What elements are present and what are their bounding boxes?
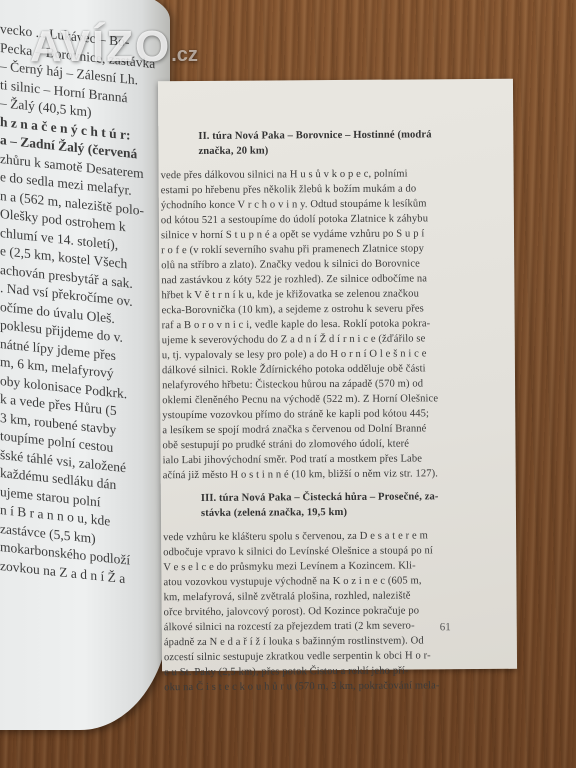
text-line: oku na Č i s t e c k o u h ů r u (570 m,… <box>164 678 509 695</box>
avizo-watermark-logo: AVÍZO.cz <box>30 22 198 72</box>
watermark-suffix: .cz <box>171 44 198 66</box>
right-page-text: II. túra Nová Paka – Borovnice – Hostinn… <box>158 127 509 695</box>
left-page-text: vecko ... Lukávec – Bo- Pecka – Borovnic… <box>0 20 170 594</box>
section-3-heading: III. túra Nová Paka – Čistecká hůra – Pr… <box>163 489 508 521</box>
heading-line: stávka (zelená značka, 19,5 km) <box>201 504 508 521</box>
left-page-curled: vecko ... Lukávec – Bo- Pecka – Borovnic… <box>0 0 170 730</box>
right-page: II. túra Nová Paka – Borovnice – Hostinn… <box>158 79 517 671</box>
section-2-heading: II. túra Nová Paka – Borovnice – Hostinn… <box>160 127 505 159</box>
watermark-brand: AVÍZO <box>30 22 171 71</box>
heading-line: značka, 20 km) <box>160 142 505 159</box>
page-number: 61 <box>440 621 451 633</box>
